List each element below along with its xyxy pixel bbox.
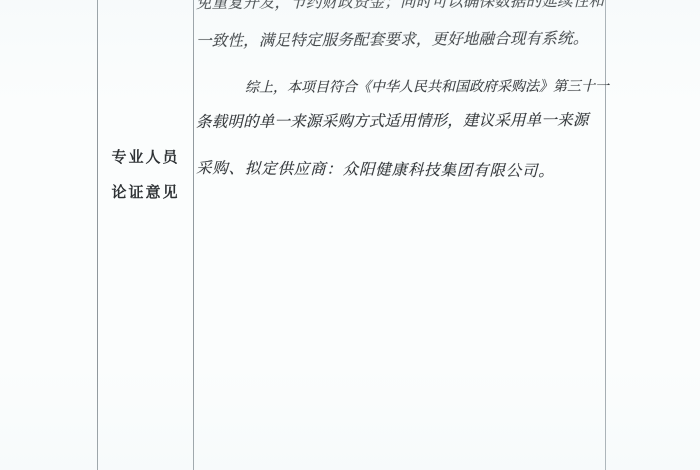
table-rule-left [97, 0, 98, 470]
handwriting-line-1: 免重复开发，节约财政资金；同时可以确保数据的延续性和 [196, 0, 608, 13]
handwriting-line-2: 一致性，满足特定服务配套要求，更好地融合现有系统。 [196, 26, 608, 51]
row-label-line-2: 论证意见 [98, 175, 193, 210]
table-column-divider [193, 0, 194, 470]
handwritten-opinion-cell: 免重复开发，节约财政资金；同时可以确保数据的延续性和 一致性，满足特定服务配套要… [196, 0, 604, 470]
scanned-form-page: 专业人员 论证意见 免重复开发，节约财政资金；同时可以确保数据的延续性和 一致性… [0, 0, 700, 470]
handwriting-line-5: 采购、拟定供应商：众阳健康科技集团有限公司。 [196, 156, 608, 182]
handwriting-line-3: 综上，本项目符合《中华人民共和国政府采购法》第三十一 [196, 76, 608, 97]
handwriting-line-4: 条载明的单一来源采购方式适用情形，建议采用单一来源 [196, 108, 608, 132]
table-rule-right [605, 0, 606, 470]
row-label-line-1: 专业人员 [98, 140, 193, 175]
row-label-cell: 专业人员 论证意见 [98, 140, 193, 210]
